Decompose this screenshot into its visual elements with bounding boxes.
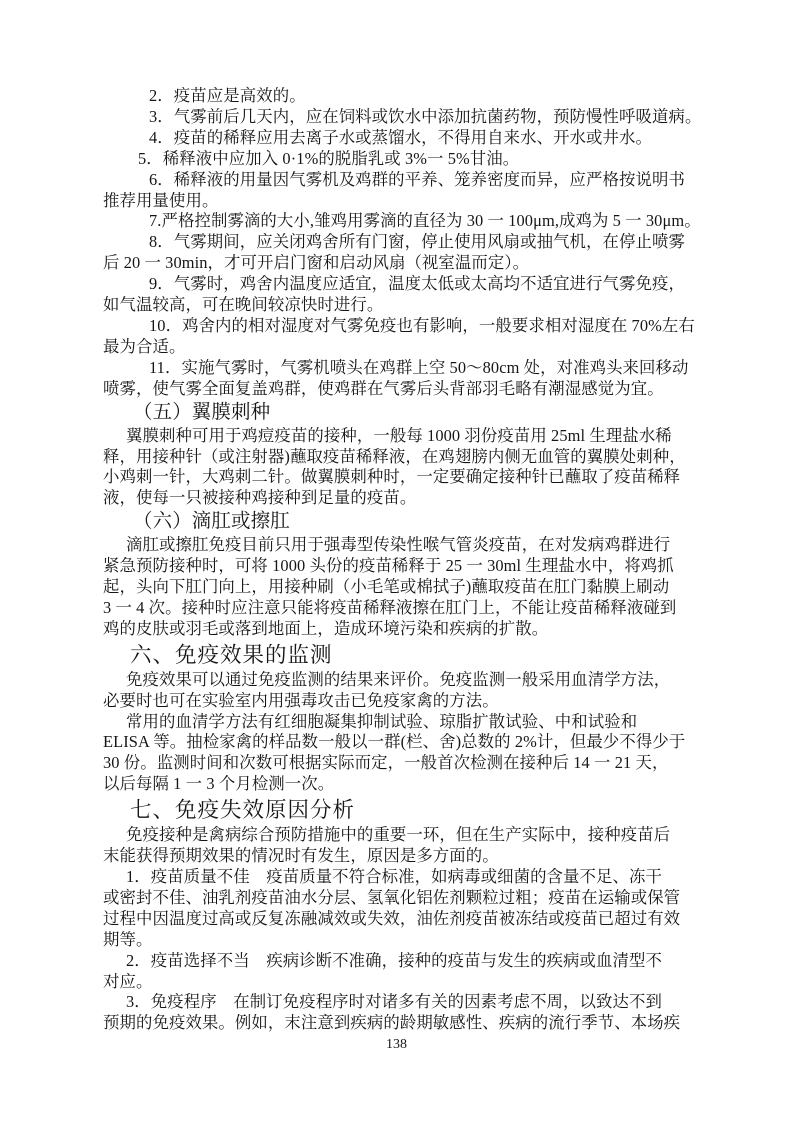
text-line: 5．稀释液中应加入 0·1%的脱脂乳或 3%一 5%甘油。 [103, 149, 715, 170]
text-line: 过程中因温度过高或反复冻融减效或失效，油佐剂疫苗被冻结或疫苗已超过有效 [103, 909, 715, 930]
text-line: 9．气雾时，鸡舍内温度应适宜，温度太低或太高均不适宜进行气雾免疫， [103, 274, 715, 295]
text-line: 如气温较高，可在晚间较凉快时进行。 [103, 295, 715, 316]
text-line: 必要时也可在实验室内用强毒攻击已免疫家禽的方法。 [103, 691, 715, 712]
text-line: 对应。 [103, 972, 715, 993]
text-line: 小鸡刺一针，大鸡刺二针。做翼膜刺种时，一定要确定接种针已蘸取了疫苗稀释 [103, 467, 715, 488]
section-heading: 七、免疫失效原因分析 [103, 795, 715, 825]
text-line: 免疫效果可以通过免疫监测的结果来评价。免疫监测一般采用血清学方法， [103, 670, 715, 691]
text-line: 3．免疫程序 在制订免疫程序时对诸多有关的因素考虑不周，以致达不到 [103, 992, 715, 1013]
text-line: 以后每隔 1 一 3 个月检测一次。 [103, 774, 715, 795]
text-line: 后 20 一 30min，才可开启门窗和启动风扇（视室温而定）。 [103, 253, 715, 274]
sub-section-heading: （六）滴肛或擦肛 [103, 509, 715, 535]
text-line: 2．疫苗应是高效的。 [103, 86, 715, 107]
text-line: 2．疫苗选择不当 疾病诊断不准确，接种的疫苗与发生的疾病或血清型不 [103, 951, 715, 972]
page-number: 138 [0, 1037, 793, 1053]
text-line: 末能获得预期效果的情况时有发生，原因是多方面的。 [103, 846, 715, 867]
text-line: 紧急预防接种时，可将 1000 头份的疫苗稀释于 25 一 30ml 生理盐水中… [103, 556, 715, 577]
page-body: 2．疫苗应是高效的。3．气雾前后几天内，应在饲料或饮水中添加抗菌药物，预防慢性呼… [103, 86, 715, 1034]
sub-section-heading: （五）翼膜刺种 [103, 400, 715, 426]
text-line: 3 一 4 次。接种时应注意只能将疫苗稀释液擦在肛门上，不能让疫苗稀释液碰到 [103, 598, 715, 619]
section-heading: 六、免疫效果的监测 [103, 640, 715, 670]
text-line: 最为合适。 [103, 337, 715, 358]
text-line: 30 份。监测时间和次数可根据实际而定，一般首次检测在接种后 14 一 21 天… [103, 753, 715, 774]
text-line: 6．稀释液的用量因气雾机及鸡群的平养、笼养密度而异，应严格按说明书 [103, 170, 715, 191]
text-line: 8．气雾期间，应关闭鸡舍所有门窗，停止使用风扇或抽气机，在停止喷雾 [103, 232, 715, 253]
document-page: 2．疫苗应是高效的。3．气雾前后几天内，应在饲料或饮水中添加抗菌药物，预防慢性呼… [0, 0, 793, 1122]
text-line: 常用的血清学方法有红细胞凝集抑制试验、琼脂扩散试验、中和试验和 [103, 712, 715, 733]
text-line: 释，用接种针（或注射器)蘸取疫苗稀释液，在鸡翅膀内侧无血管的翼膜处刺种， [103, 447, 715, 468]
text-line: 3．气雾前后几天内，应在饲料或饮水中添加抗菌药物，预防慢性呼吸道病。 [103, 107, 715, 128]
text-line: 11．实施气雾时，气雾机喷头在鸡群上空 50～80cm 处，对准鸡头来回移动 [103, 358, 715, 379]
text-line: 7.严格控制雾滴的大小,雏鸡用雾滴的直径为 30 一 100μm,成鸡为 5 一… [103, 211, 715, 232]
text-line: 滴肛或擦肛免疫目前只用于强毒型传染性喉气管炎疫苗，在对发病鸡群进行 [103, 535, 715, 556]
text-line: ELISA 等。抽检家禽的样品数一般以一群(栏、舍)总数的 2%计，但最少不得少… [103, 732, 715, 753]
text-line: 翼膜刺种可用于鸡痘疫苗的接种，一般每 1000 羽份疫苗用 25ml 生理盐水稀 [103, 426, 715, 447]
text-line: 鸡的皮肤或羽毛或落到地面上，造成环境污染和疾病的扩散。 [103, 619, 715, 640]
text-line: 推荐用量使用。 [103, 191, 715, 212]
text-line: 液，使每一只被接种鸡接种到足量的疫苗。 [103, 488, 715, 509]
text-line: 起，头向下肛门向上，用接种刷（小毛笔或棉拭子)蘸取疫苗在肛门黏膜上刷动 [103, 577, 715, 598]
text-line: 免疫接种是禽病综合预防措施中的重要一环，但在生产实际中，接种疫苗后 [103, 825, 715, 846]
text-line: 或密封不佳、油乳剂疫苗油水分层、氢氧化铝佐剂颗粒过粗；疫苗在运输或保管 [103, 888, 715, 909]
text-line: 4．疫苗的稀释应用去离子水或蒸馏水，不得用自来水、开水或井水。 [103, 128, 715, 149]
text-line: 10．鸡舍内的相对湿度对气雾免疫也有影响，一般要求相对湿度在 70%左右 [103, 316, 715, 337]
text-line: 喷雾，使气雾全面复盖鸡群，使鸡群在气雾后头背部羽毛略有潮湿感觉为宜。 [103, 379, 715, 400]
text-line: 期等。 [103, 930, 715, 951]
text-line: 预期的免疫效果。例如，末注意到疾病的龄期敏感性、疾病的流行季节、本场疾 [103, 1013, 715, 1034]
text-line: 1．疫苗质量不佳 疫苗质量不符合标准，如病毒或细菌的含量不足、冻干 [103, 867, 715, 888]
